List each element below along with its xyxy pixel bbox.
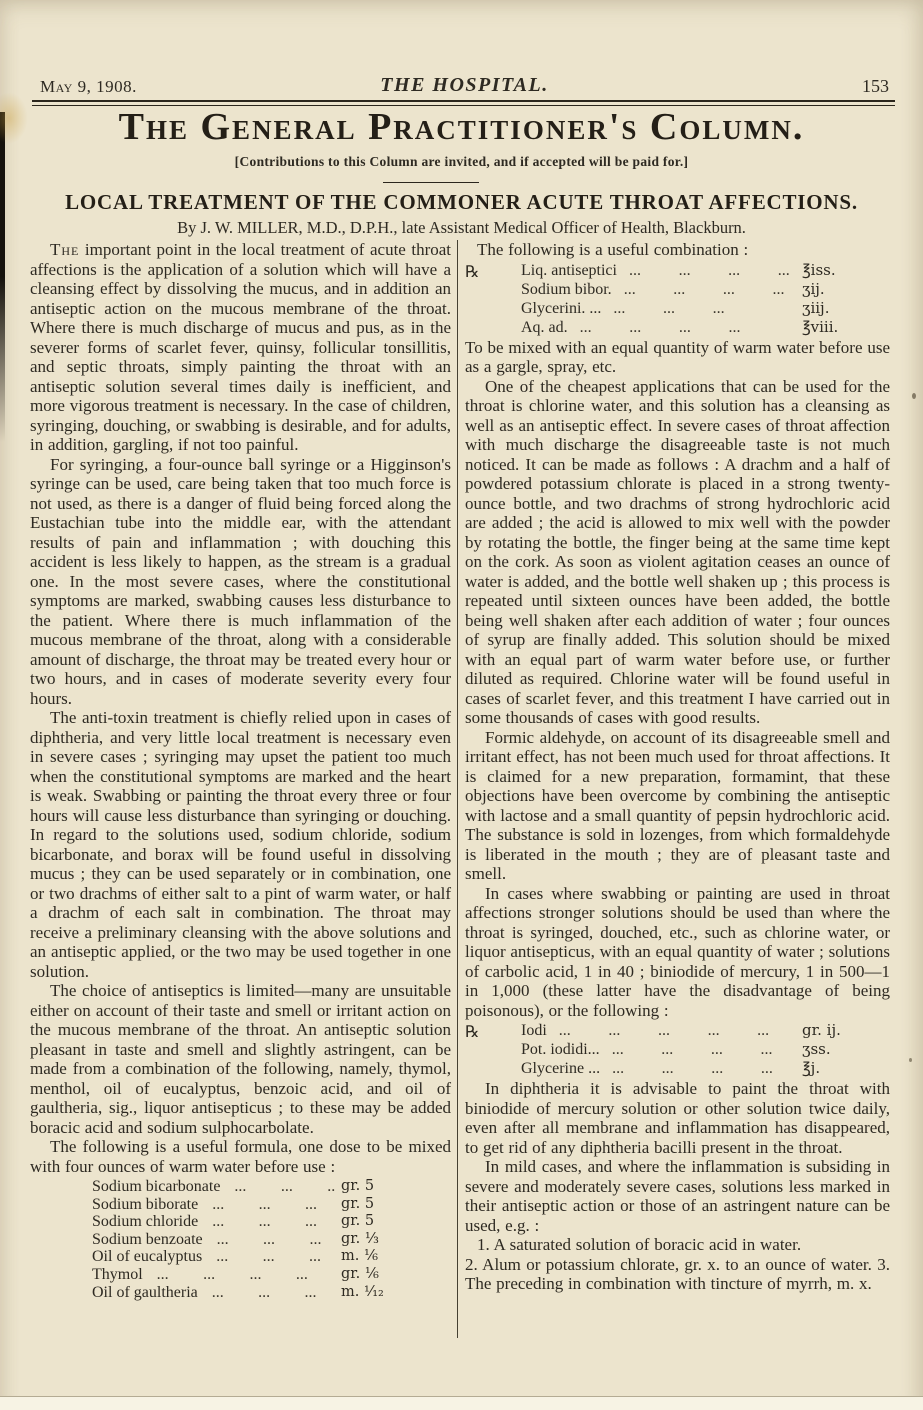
formula-table: Sodium bicarbonate ... ... ... gr. 5 Sod…	[30, 1178, 451, 1301]
ingredient-amount: ℥viii.	[798, 318, 862, 337]
ingredient-name: Pot. iodidi...	[521, 1040, 600, 1059]
ingredient-name: Sodium chloride	[92, 1213, 198, 1231]
ink-speck	[912, 393, 916, 399]
dot-leader: ... ... ... ...	[203, 1231, 335, 1249]
ingredient-name: Thymol	[92, 1266, 143, 1284]
rx-symbol: ℞	[465, 262, 479, 281]
ingredient-name: Glycerine ...	[521, 1059, 600, 1078]
ingredient-name: Sodium biborate	[92, 1196, 198, 1214]
ingredient-amount: ℥j.	[798, 1059, 862, 1078]
paragraph: One of the cheapest applications that ca…	[465, 377, 890, 728]
dot-leader: ... ... ... ...	[198, 1196, 335, 1214]
formula-row: Sodium bicarbonate ... ... ... gr. 5	[92, 1178, 399, 1196]
recipe-block: ℞ Iodi ... ... ... ... ... gr. ij. Pot. …	[465, 1021, 890, 1078]
dot-leader: ... ... ... ...	[617, 261, 798, 280]
recipe-block: ℞ Liq. antiseptici ... ... ... ... ℥iss.…	[465, 261, 890, 337]
paragraph: The choice of antiseptics is limited—man…	[30, 981, 451, 1137]
paragraph: Formic aldehyde, on account of its disag…	[465, 728, 890, 884]
contributions-note: [Contributions to this Column are invite…	[0, 154, 923, 170]
formula-row: Oil of eucalyptus ... ... ... ... m. ⅙	[92, 1248, 399, 1266]
recipe-row: Glycerine ... ... ... ... ... ℥j.	[521, 1059, 862, 1078]
article-heading: LOCAL TREATMENT OF THE COMMONER ACUTE TH…	[0, 190, 923, 215]
dot-leader: ... ... ...	[601, 299, 798, 318]
ingredient-name: Oil of eucalyptus	[92, 1248, 202, 1266]
dot-leader: ... ... ... ...	[600, 1059, 798, 1078]
rx-symbol: ℞	[465, 1022, 479, 1041]
article-byline: By J. W. MILLER, M.D., D.P.H., late Assi…	[0, 218, 923, 238]
formula-row: Oil of gaultheria ... ... ... ... m. ¹⁄₁…	[92, 1284, 399, 1302]
dot-leader: ... ... ... ...	[612, 280, 798, 299]
recipe-row: Liq. antiseptici ... ... ... ... ℥iss.	[521, 261, 862, 280]
ingredient-amount: gr. ⅓	[335, 1231, 399, 1249]
ingredient-name: Liq. antiseptici	[521, 261, 617, 280]
dot-leader: ... ... ... ...	[600, 1040, 798, 1059]
paragraph: In cases where swabbing or painting are …	[465, 884, 890, 1021]
ingredient-amount: gr. ⅙	[335, 1266, 399, 1284]
column-title: The General Practitioner's Column.	[0, 105, 923, 149]
paragraph: The important point in the local treatme…	[30, 240, 451, 455]
ingredient-amount: gr. 5	[335, 1196, 399, 1214]
recipe-row: Iodi ... ... ... ... ... gr. ij.	[521, 1021, 862, 1040]
paragraph: In mild cases, and where the inflammatio…	[465, 1157, 890, 1235]
ingredient-name: Aq. ad.	[521, 318, 568, 337]
ingredient-name: Sodium bibor.	[521, 280, 612, 299]
recipe-row: Aq. ad. ... ... ... ... ℥viii.	[521, 318, 862, 337]
page-bottom-edge	[0, 1396, 923, 1410]
dot-leader: ... ... ... ...	[198, 1284, 335, 1302]
ingredient-name: Oil of gaultheria	[92, 1284, 198, 1302]
column-divider	[457, 240, 458, 1338]
left-column: The important point in the local treatme…	[30, 240, 451, 1338]
ingredient-amount: ʒss.	[798, 1040, 862, 1059]
ingredient-amount: gr. ij.	[798, 1021, 862, 1040]
paragraph: To be mixed with an equal quantity of wa…	[465, 338, 890, 377]
list-item: 2. Alum or potassium chlorate, gr. x. to…	[465, 1255, 890, 1294]
ingredient-amount: m. ⅙	[335, 1248, 399, 1266]
journal-title: THE HOSPITAL.	[40, 74, 889, 97]
dot-leader: ... ... ... ...	[198, 1213, 335, 1231]
formula-row: Sodium biborate ... ... ... ... gr. 5	[92, 1196, 399, 1214]
masthead: May 9, 1908. THE HOSPITAL. 153	[40, 76, 889, 97]
ink-speck	[909, 1058, 912, 1062]
paragraph: The following is a useful combination :	[465, 240, 890, 260]
dot-leader: ... ... ...	[220, 1178, 335, 1196]
ingredient-name: Sodium bicarbonate	[92, 1178, 220, 1196]
dot-leader: ... ... ... ...	[568, 318, 798, 337]
ingredient-name: Sodium benzoate	[92, 1231, 203, 1249]
paragraph: The anti-toxin treatment is chiefly reli…	[30, 708, 451, 981]
recipe-row: Sodium bibor. ... ... ... ... ʒij.	[521, 280, 862, 299]
ingredient-amount: m. ¹⁄₁₂	[335, 1284, 399, 1302]
paragraph-text: important point in the local treatment o…	[30, 240, 451, 454]
paragraph: The following is a useful formula, one d…	[30, 1137, 451, 1176]
ingredient-amount: gr. 5	[335, 1213, 399, 1231]
formula-row: Sodium chloride ... ... ... ... gr. 5	[92, 1213, 399, 1231]
recipe-row: Glycerini. ... ... ... ... ʒiij.	[521, 299, 862, 318]
recipe-row: Pot. iodidi... ... ... ... ... ʒss.	[521, 1040, 862, 1059]
ingredient-amount: ʒiij.	[798, 299, 862, 318]
section-rule	[383, 182, 479, 183]
ingredient-name: Iodi	[521, 1021, 547, 1040]
dot-leader: ... ... ... ... ...	[547, 1021, 798, 1040]
ingredient-amount: gr. 5	[335, 1178, 399, 1196]
ingredient-amount: ℥iss.	[798, 261, 862, 280]
formula-row: Sodium benzoate ... ... ... ... gr. ⅓	[92, 1231, 399, 1249]
journal-page: May 9, 1908. THE HOSPITAL. 153 The Gener…	[0, 0, 923, 1410]
dot-leader: ... ... ... ... ...	[143, 1266, 335, 1284]
list-item: 1. A saturated solution of boracic acid …	[465, 1235, 890, 1255]
formula-row: Thymol ... ... ... ... ... gr. ⅙	[92, 1266, 399, 1284]
paragraph: In diphtheria it is advisable to paint t…	[465, 1079, 890, 1157]
drop-word: The	[50, 240, 79, 259]
paragraph: For syringing, a four-ounce ball syringe…	[30, 455, 451, 709]
ingredient-amount: ʒij.	[798, 280, 862, 299]
dot-leader: ... ... ... ...	[202, 1248, 335, 1266]
article-body: The important point in the local treatme…	[30, 240, 890, 1338]
right-column: The following is a useful combination : …	[465, 240, 890, 1338]
ingredient-name: Glycerini. ...	[521, 299, 601, 318]
